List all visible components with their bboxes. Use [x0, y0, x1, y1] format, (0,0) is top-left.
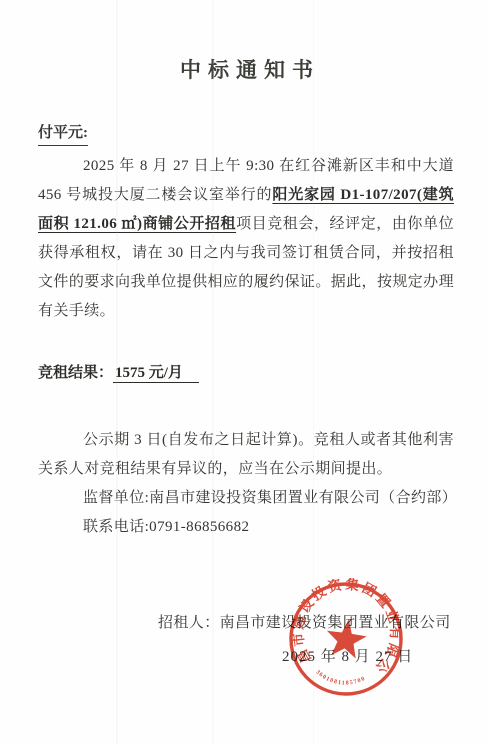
signature-date-line: 2025 年 8 月 27 日: [38, 643, 454, 671]
seal-serial-number: 3601081185700: [313, 669, 367, 690]
bid-result-value: 1575 元/月: [113, 365, 199, 383]
contact-phone-line: 联系电话:0791-86856682: [38, 513, 454, 542]
lessor-line: 招租人：南昌市建设投资集团置业有限公司: [38, 609, 454, 637]
bid-result-label: 竞租结果：: [38, 365, 113, 381]
signature-block: 招租人：南昌市建设投资集团置业有限公司 2025 年 8 月 27 日: [38, 609, 454, 671]
document-page: 中标通知书 付平元: 2025 年 8 月 27 日上午 9:30 在红谷滩新区…: [0, 0, 488, 744]
addressee-name: 付平元:: [38, 122, 88, 146]
public-notice-paragraph: 公示期 3 日(自发布之日起计算)。竞租人或者其他利害关系人对竞租结果有异议的，…: [38, 426, 454, 484]
salutation-line: 付平元:: [38, 122, 454, 146]
document-title: 中标通知书: [38, 54, 454, 86]
svg-text:3601081185700: 3601081185700: [313, 669, 367, 690]
supervisor-line: 监督单位:南昌市建设投资集团置业有限公司（合约部）: [38, 484, 454, 513]
body-paragraph: 2025 年 8 月 27 日上午 9:30 在红谷滩新区丰和中大道 456 号…: [38, 152, 454, 326]
bid-result-line: 竞租结果：1575 元/月: [38, 359, 454, 388]
